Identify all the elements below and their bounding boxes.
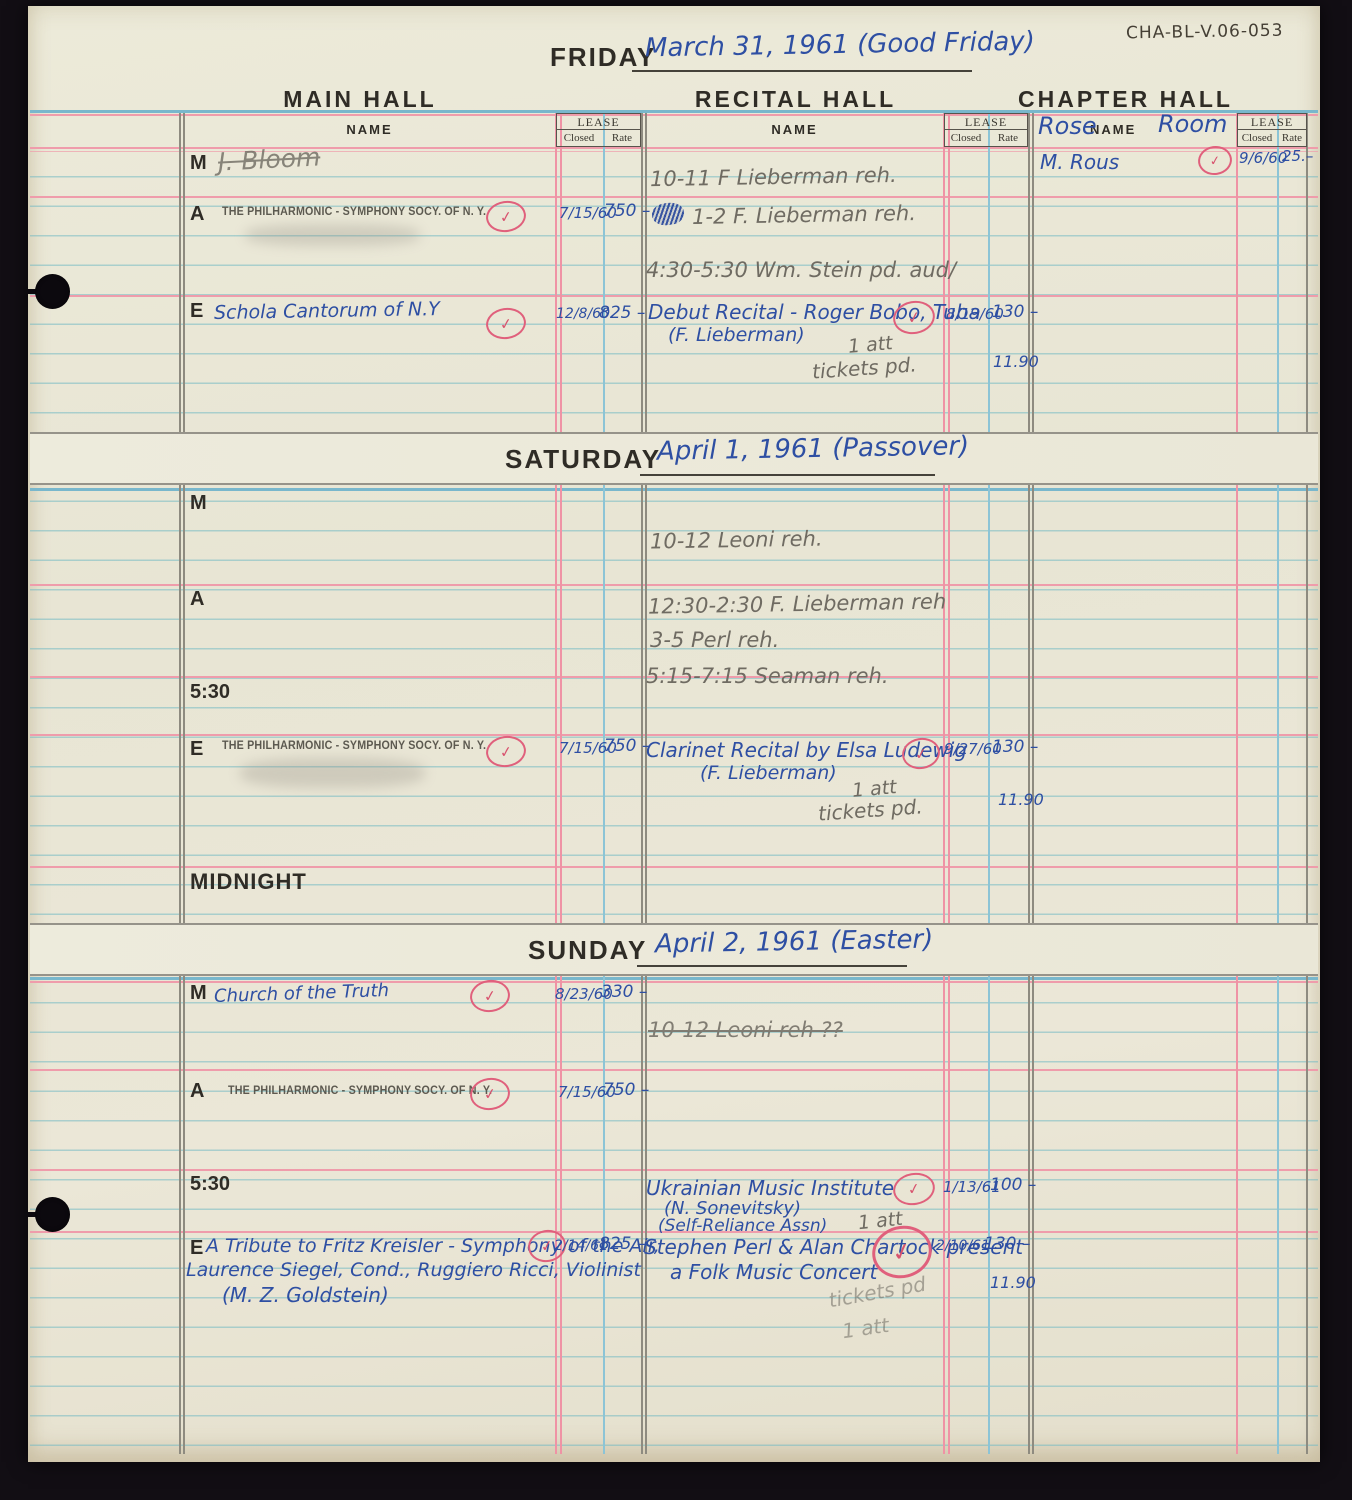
stamp-smudge — [245, 224, 420, 246]
entry-recital-e-name2: (F. Lieberman) — [668, 324, 805, 346]
check-glyph: ✓ — [499, 207, 514, 227]
rule-line — [30, 1069, 1318, 1071]
ledger-page: CHA-BL-V.06-053 FRIDAY March 31, 1961 (G… — [0, 0, 1352, 1500]
date-underline — [632, 70, 972, 72]
col-line — [183, 113, 185, 1454]
lease-rate: 100 – — [990, 1175, 1036, 1195]
lease-closed-date: 9/6/60 — [1239, 149, 1287, 167]
rate-label-chapter: Rate — [1277, 132, 1307, 144]
entry-recital-e-name2: a Folk Music Concert — [670, 1260, 877, 1284]
check-glyph: ✓ — [499, 742, 514, 762]
stamp-smudge — [240, 758, 425, 788]
row-label-m: M — [190, 152, 207, 175]
entry-recital-a-note2: 4:30-5:30 Wm. Stein pd. aud/ — [646, 258, 956, 282]
lease-rate: 330 – — [601, 982, 647, 1002]
rule-line — [30, 866, 1318, 868]
entry-main-m-crossed: J. Bloom — [217, 142, 321, 176]
rule-line — [30, 295, 1318, 297]
row-label-530: 5:30 — [190, 1173, 230, 1196]
check-glyph: ✓ — [483, 1084, 498, 1104]
lease-divider — [1237, 129, 1307, 130]
rule-line — [30, 734, 1318, 736]
lease-divider — [556, 129, 641, 130]
rule-line — [30, 196, 1318, 198]
entry-recital-530-name3: (Self-Reliance Assn) — [658, 1216, 827, 1236]
check-glyph: ✓ — [483, 986, 498, 1006]
philharmonic-stamp: THE PHILHARMONIC - SYMPHONY SOCY. OF N. … — [228, 1085, 492, 1097]
check-glyph: ✓ — [906, 1179, 922, 1199]
col-line — [179, 113, 181, 1454]
col-name-recital: NAME — [646, 122, 943, 137]
amount-note: 11.90 — [990, 1273, 1036, 1292]
check-glyph: ✓ — [906, 306, 923, 328]
entry-recital-e-name2: (F. Lieberman) — [700, 762, 837, 784]
col-line — [1277, 113, 1279, 1454]
hole-punch — [35, 1197, 70, 1232]
lease-rate: 750 – — [603, 1080, 649, 1100]
row-label-a: A — [190, 203, 204, 226]
check-glyph: ✓ — [1208, 152, 1221, 169]
lease-rate: 750 – — [604, 201, 650, 221]
chapter-name-suffix-handwriting: Room — [1158, 110, 1227, 138]
lease-closed-date: 2/10/61 — [936, 1238, 990, 1254]
philharmonic-stamp: THE PHILHARMONIC - SYMPHONY SOCY. OF N. … — [222, 740, 486, 752]
lease-rate: 825 – — [599, 1234, 645, 1254]
lease-rate: 130 – — [984, 1234, 1030, 1254]
entry-main-e-name2: Laurence Siegel, Cond., Ruggiero Ricci, … — [186, 1259, 641, 1281]
row-label-midnight: MIDNIGHT — [190, 869, 307, 895]
entry-main-e-name: Schola Cantorum of N.Y — [214, 298, 440, 324]
row-label-a: A — [190, 588, 204, 611]
rate-label-main: Rate — [603, 132, 641, 144]
lease-rate: 825 – — [599, 303, 645, 323]
lease-label-chapter: LEASE — [1237, 115, 1307, 130]
closed-label-main: Closed — [556, 132, 602, 144]
entry-chapter-m-name: M. Rous — [1040, 150, 1119, 174]
rule-line — [30, 584, 1318, 586]
row-label-a: A — [190, 1080, 204, 1103]
lease-rate: 750 – — [604, 736, 650, 756]
check-glyph: ✓ — [539, 1236, 555, 1256]
day-label-friday: FRIDAY — [550, 42, 656, 73]
rule-line — [30, 977, 1318, 980]
row-label-e: E — [190, 1237, 203, 1260]
entry-recital-530-name: Ukrainian Music Institute — [646, 1176, 894, 1200]
row-label-e: E — [190, 300, 203, 323]
check-glyph: ✓ — [889, 1236, 916, 1269]
rule-line — [30, 114, 1318, 116]
lease-label-recital: LEASE — [944, 115, 1028, 130]
col-line — [1306, 113, 1308, 1454]
philharmonic-stamp: THE PHILHARMONIC - SYMPHONY SOCY. OF N. … — [222, 206, 486, 218]
lease-rate: 130 – — [992, 302, 1038, 322]
day-label-sunday: SUNDAY — [528, 935, 647, 966]
lease-divider — [944, 129, 1028, 130]
hole-punch — [35, 274, 70, 309]
day-date-saturday: April 1, 1961 (Passover) — [657, 431, 970, 466]
doc-ref: CHA-BL-V.06-053 — [1126, 21, 1284, 44]
day-date-sunday: April 2, 1961 (Easter) — [655, 925, 934, 960]
entry-recital-a-note: 1-2 F. Lieberman reh. — [692, 201, 916, 229]
rule-line — [30, 1169, 1318, 1171]
hall-title-chapter: CHAPTER HALL — [1018, 86, 1233, 113]
row-label-m: M — [190, 492, 207, 515]
amount-note: 11.90 — [998, 790, 1044, 809]
date-underline — [637, 965, 907, 967]
rule-line — [30, 981, 1318, 983]
col-name-chapter: NAME — [1090, 122, 1136, 137]
entry-recital-m-note: 10-12 Leoni reh. — [650, 526, 823, 553]
row-label-m: M — [190, 982, 207, 1005]
amount-note: 11.90 — [993, 352, 1039, 371]
closed-label-recital: Closed — [944, 132, 988, 144]
col-line — [1236, 113, 1238, 1454]
rule-line — [30, 488, 1318, 491]
entry-recital-m-crossed: 10-12 Leoni reh ?? — [648, 1018, 843, 1042]
check-glyph: ✓ — [499, 314, 514, 334]
entry-recital-a-note2: 3-5 Perl reh. — [650, 628, 779, 652]
entry-recital-530-note: 5:15-7:15 Seaman reh. — [646, 664, 889, 688]
row-label-530: 5:30 — [190, 681, 230, 704]
check-glyph: ✓ — [913, 744, 929, 764]
row-label-e: E — [190, 738, 203, 761]
chapter-name-prefix-handwriting: Rose — [1038, 112, 1097, 140]
lease-label-main: LEASE — [556, 115, 641, 130]
col-name-main: NAME — [184, 122, 555, 137]
day-label-saturday: SATURDAY — [505, 444, 661, 475]
rate-label-recital: Rate — [988, 132, 1028, 144]
lease-rate: 130 – — [992, 737, 1038, 757]
hall-title-recital: RECITAL HALL — [688, 86, 903, 113]
hall-title-main: MAIN HALL — [270, 86, 450, 113]
closed-label-chapter: Closed — [1237, 132, 1277, 144]
date-underline — [640, 474, 935, 476]
entry-recital-m-note: 10-11 F Lieberman reh. — [650, 163, 897, 191]
entry-main-e-name3: (M. Z. Goldstein) — [222, 1283, 389, 1307]
lease-rate: 25.– — [1282, 147, 1313, 165]
